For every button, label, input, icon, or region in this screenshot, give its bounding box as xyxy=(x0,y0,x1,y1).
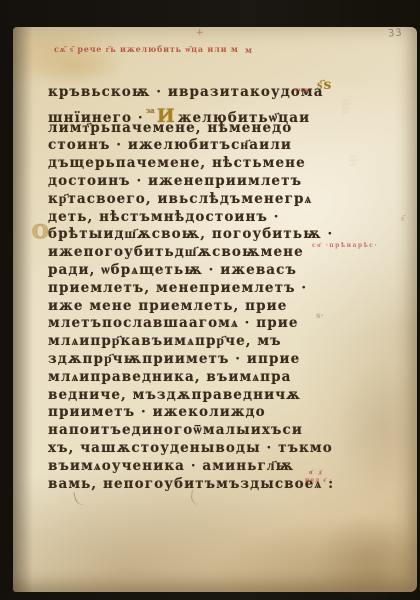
outline-initial-o: О xyxy=(32,224,50,242)
manuscript-line: лимт҃рьпачемене, нѣменедо xyxy=(48,120,378,138)
manuscript-line: хъ, чашѫстоуденыводы · тъкмо xyxy=(48,440,378,458)
manuscript-line: дъщерьпачемене, нѣстьмене xyxy=(48,155,378,173)
marginal-lection-note: нед ѕ҃ · xyxy=(305,477,333,484)
manuscript-line: приемлетъ, менеприемлетъ · xyxy=(48,280,378,298)
manuscript-line: стоинъ · ижелюбитъсн҃аили xyxy=(48,137,378,155)
manuscript-line: ради, ѡбрѧщетьѭ · ижевасъ xyxy=(48,262,378,280)
manuscript-line: млѧипрр҃кавъимѧпрр҃че, мъ xyxy=(48,333,378,351)
gutter-shadow xyxy=(13,27,33,592)
manuscript-line: здѫпрр҃чѭприиметъ · иприе xyxy=(48,351,378,369)
manuscript-line: кр҃тасвоего, ивьслѣдъменегрѧ xyxy=(48,191,378,209)
marginal-corrector-note: ч҃чи xyxy=(294,87,309,94)
marginal-faint-section-mark: ѕ҃ xyxy=(401,213,404,223)
manuscript-line: прииметъ · ижеколиждо xyxy=(48,404,378,422)
folio-number: 33 xyxy=(388,27,403,39)
manuscript-page: ıllı ılı 33 + сѫ҃ ѕ҃ рече г҃ь ижелюбить … xyxy=(13,27,417,592)
manuscript-line: шнїинего ·заИжелюбитьѡ҃цаи xyxy=(48,102,378,120)
rubric-heading: сѫ҃ ѕ҃ рече г҃ь ижелюбить ѡ҃ца или м xyxy=(54,44,239,54)
zachalo-mark: за xyxy=(144,106,155,115)
manuscript-line: млѧиправедника, въимѧпра xyxy=(48,369,378,387)
marginal-faint-mark: ѕ· xyxy=(316,310,323,320)
manuscript-photo: ıllı ılı 33 + сѫ҃ ѕ҃ рече г҃ь ижелюбить … xyxy=(0,0,420,600)
rubric-section-letter: м xyxy=(245,45,252,55)
parchment-stain xyxy=(313,515,420,600)
marginal-gold-section-mark: ѕ҃ѕ xyxy=(317,77,332,94)
line-text: брѣтыидш҃ѫсвоѭ, погоубитьѭ · xyxy=(48,226,333,242)
manuscript-line: достоинъ · иженеприимлетъ xyxy=(48,173,378,191)
manuscript-line: ведниче, мъздѫправедничѫ xyxy=(48,387,378,405)
manuscript-line: напоитъединогоѿмалыихъси xyxy=(48,422,378,440)
manuscript-text-block: кръвьскоѭ · ивразитакоудома шнїинего ·за… xyxy=(48,84,378,493)
manuscript-line: деть, нѣстъмнѣдостоинъ · xyxy=(48,209,378,227)
marginal-red-note: сн҃ ·прѣнарѣс· xyxy=(312,242,378,249)
marginal-lection-note: н҃ д҃ xyxy=(309,469,324,476)
manuscript-line: иже мене приемлеть, прие xyxy=(48,298,378,316)
cross-icon: + xyxy=(196,28,204,38)
manuscript-line: млетъпославшаагомѧ · прие xyxy=(48,315,378,333)
ink-flourish xyxy=(190,490,202,506)
manuscript-line: въимѧоученика · аминьгл҃ѭ xyxy=(48,458,378,476)
